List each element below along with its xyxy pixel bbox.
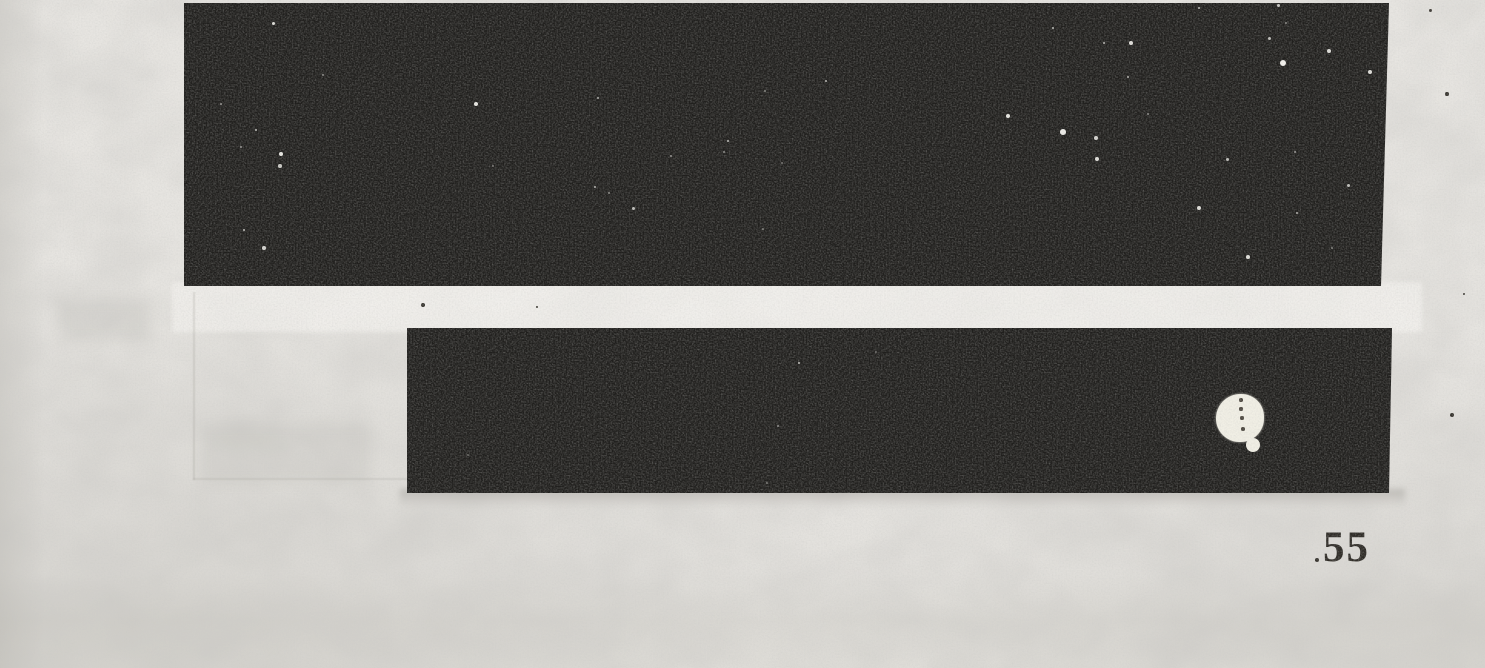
bright-object-inner-dot (1240, 416, 1243, 419)
star-dot (875, 351, 877, 353)
star-dot (1347, 184, 1350, 187)
bright-object-inner-dot (1239, 398, 1243, 402)
star-dot (1268, 37, 1271, 40)
star-dot (1127, 76, 1130, 79)
star-dot (1198, 7, 1201, 10)
star-dot (1277, 4, 1280, 7)
star-dot (1382, 241, 1384, 243)
star-dot (1294, 151, 1296, 153)
star-dot (1285, 22, 1287, 24)
star-dot (1246, 255, 1250, 259)
star-dot (1368, 70, 1372, 74)
star-dot (762, 228, 764, 230)
star-dot (1327, 49, 1331, 53)
star-dot (467, 454, 469, 456)
ghost-patch (60, 300, 150, 340)
star-dot (1226, 158, 1229, 161)
star-dot (492, 165, 494, 167)
star-dot (255, 129, 258, 132)
star-dot (766, 482, 768, 484)
star-dot (798, 362, 801, 365)
star-dot (240, 146, 242, 148)
star-dot (279, 152, 283, 156)
star-dot (670, 155, 672, 157)
star-dot (1094, 136, 1098, 140)
star-dot (777, 425, 779, 427)
star-dot (1280, 60, 1287, 67)
paper-speck (421, 303, 425, 307)
paper-speck (1450, 413, 1454, 417)
night-sky-photo-bottom (407, 328, 1392, 493)
paper-speck (1445, 92, 1449, 96)
star-dot (243, 229, 246, 232)
star-dot (825, 80, 828, 83)
star-dot (764, 90, 766, 92)
paper-speck (1315, 558, 1319, 562)
star-dot (272, 22, 275, 25)
ghost-patch (200, 424, 370, 482)
ghost-line (193, 292, 195, 480)
star-dot (723, 151, 725, 153)
star-dot (1052, 27, 1055, 30)
star-dot (1197, 206, 1201, 210)
star-dot (262, 246, 266, 250)
star-dot (632, 207, 635, 210)
bright-object-tail (1246, 438, 1260, 452)
white-gap-band (172, 282, 1422, 332)
star-dot (1006, 114, 1011, 119)
star-dot (322, 74, 324, 76)
book-page: 55 (0, 0, 1485, 668)
bright-object-inner-dot (1239, 407, 1242, 410)
star-dot (1129, 41, 1133, 45)
star-dot (727, 140, 730, 143)
star-dot (1296, 212, 1299, 215)
page-number: 55 (1323, 526, 1370, 569)
star-dot (1060, 129, 1066, 135)
star-dot (594, 186, 597, 189)
star-dot (474, 102, 479, 107)
star-dot (1147, 113, 1149, 115)
paper-speck (1429, 9, 1432, 12)
star-dot (597, 97, 600, 100)
star-dot (1103, 42, 1106, 45)
star-dot (1095, 157, 1099, 161)
paper-speck (1463, 293, 1465, 295)
star-dot (608, 192, 610, 194)
star-dot (278, 164, 282, 168)
night-sky-photo-top (184, 3, 1389, 286)
star-dot (220, 103, 222, 105)
star-dot (1331, 247, 1333, 249)
bright-object-inner-dot (1241, 427, 1245, 431)
star-dot (781, 162, 783, 164)
